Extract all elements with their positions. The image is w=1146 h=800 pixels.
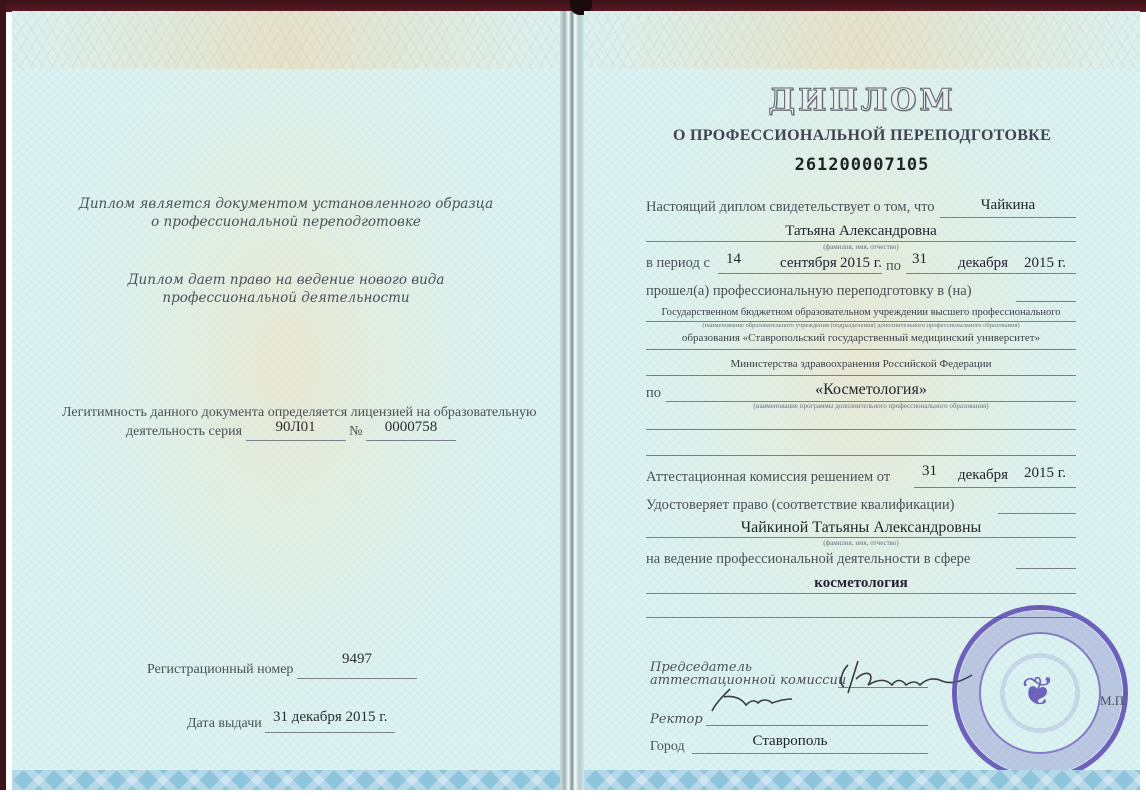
license-number-label: № [349,424,362,439]
surname-underline [940,217,1076,218]
registration-label: Регистрационный номер [147,662,293,677]
period-to-day: 31 [912,251,927,268]
completed-row: прошел(а) профессиональную переподготовк… [646,283,1076,300]
statement-line: Диплом дает право на ведение нового вида [12,271,560,289]
city-underline [692,753,928,754]
commission-row: Аттестационная комиссия решением от [646,469,1076,486]
institution-line-3: Министерства здравоохранения Российской … [646,358,1076,370]
holder-caption: (фамилия, имя, отчество) [646,539,1076,547]
institution-underline-2 [646,349,1076,350]
chair-label: Председатель аттестационной комиссии [650,661,846,687]
license-text-line-2: деятельность серия 90Л01 № 0000758 [126,423,456,441]
sphere-underline-2 [646,593,1076,594]
sphere-label: на ведение профессиональной деятельности… [646,551,970,567]
name-caption: (фамилия, имя, отчество) [646,243,1076,251]
qualification-underline [998,513,1076,514]
decorative-bottom-band [584,770,1140,790]
statement-official-form: Диплом является документом установленног… [12,195,560,231]
institution-caption: (наименование образовательного учреждени… [646,322,1076,329]
commission-day: 31 [922,463,937,480]
qualification-row: Удостоверяет право (соответствие квалифи… [646,497,1076,514]
seal-mark: М.П. [1100,693,1127,709]
decorative-bottom-band [12,770,560,790]
diploma-subtitle: О ПРОФЕССИОНАЛЬНОЙ ПЕРЕПОДГОТОВКЕ [584,127,1140,145]
commission-month: декабря [958,467,1008,484]
program-underline-2 [646,429,1076,430]
diploma-title: ДИПЛОМ [584,83,1140,118]
institution-underline-3 [646,375,1076,376]
period-to-month: декабря [958,255,1008,272]
rector-signature [700,685,810,715]
period-from-label: в период с [646,255,710,271]
spine [560,11,584,790]
period-to-year: 2015 г. [1024,255,1066,272]
city-label: Город [650,739,685,755]
commission-label: Аттестационная комиссия решением от [646,469,890,485]
rector-label: Ректор [650,713,703,726]
period-to-underline [906,273,1076,274]
left-page: Диплом является документом установленног… [12,11,560,790]
license-number-field: 0000758 [366,423,456,441]
completed-underline [1016,301,1076,302]
license-series-label: деятельность серия [126,424,242,439]
city-value: Ставрополь [692,733,888,750]
right-page: ДИПЛОМ О ПРОФЕССИОНАЛЬНОЙ ПЕРЕПОДГОТОВКЕ… [584,11,1140,790]
issue-date-label: Дата выдачи [187,716,262,731]
program-label: по [646,385,661,401]
statement-line: о профессиональной переподготовке [12,213,560,231]
sphere-value: косметология [646,575,1076,592]
program-underline-3 [646,455,1076,456]
statement-right: Диплом дает право на ведение нового вида… [12,271,560,307]
statement-line: профессиональной деятельности [12,289,560,307]
commission-underline [914,487,1076,488]
holder-underline [646,537,1076,538]
guilloche-pattern [12,11,560,69]
period-from-underline [718,273,882,274]
license-series-field: 90Л01 [246,423,346,441]
given-names: Татьяна Александровна [646,223,1076,240]
program-name: «Косметология» [666,381,1076,399]
completed-label: прошел(а) профессиональную переподготовк… [646,283,972,299]
registration-row: Регистрационный номер 9497 [147,661,417,679]
coat-of-arms-icon: ❦ [1013,662,1063,722]
cover-left-edge [0,0,6,790]
sphere-row: на ведение профессиональной деятельности… [646,551,1076,568]
name-underline [646,241,1076,242]
statement-line: Диплом является документом установленног… [12,195,560,213]
commission-year: 2015 г. [1024,465,1066,482]
period-from-month: сентября [780,255,837,272]
period-from-year: 2015 г. [840,255,882,272]
guilloche-pattern [584,11,1140,69]
surname: Чайкина [940,197,1076,214]
serial-number: 261200007105 [584,155,1140,175]
period-to-label: по [886,258,901,275]
sphere-underline [1016,568,1076,569]
program-caption: (наименование программы дополнительного … [666,402,1076,410]
institution-line-2: образования «Ставропольский государствен… [646,332,1076,344]
rector-signature-line [706,725,928,726]
holder-name: Чайкиной Татьяны Александровны [646,519,1076,537]
registration-number-field: 9497 [297,661,417,679]
institution-line-1: Государственном бюджетном образовательно… [646,307,1076,318]
certifies-label: Настоящий диплом свидетельствует о том, … [646,199,935,215]
issue-date-row: Дата выдачи 31 декабря 2015 г. [187,715,395,733]
issue-date-field: 31 декабря 2015 г. [265,715,395,733]
period-from-day: 14 [726,251,741,268]
qualification-label: Удостоверяет право (соответствие квалифи… [646,497,954,513]
